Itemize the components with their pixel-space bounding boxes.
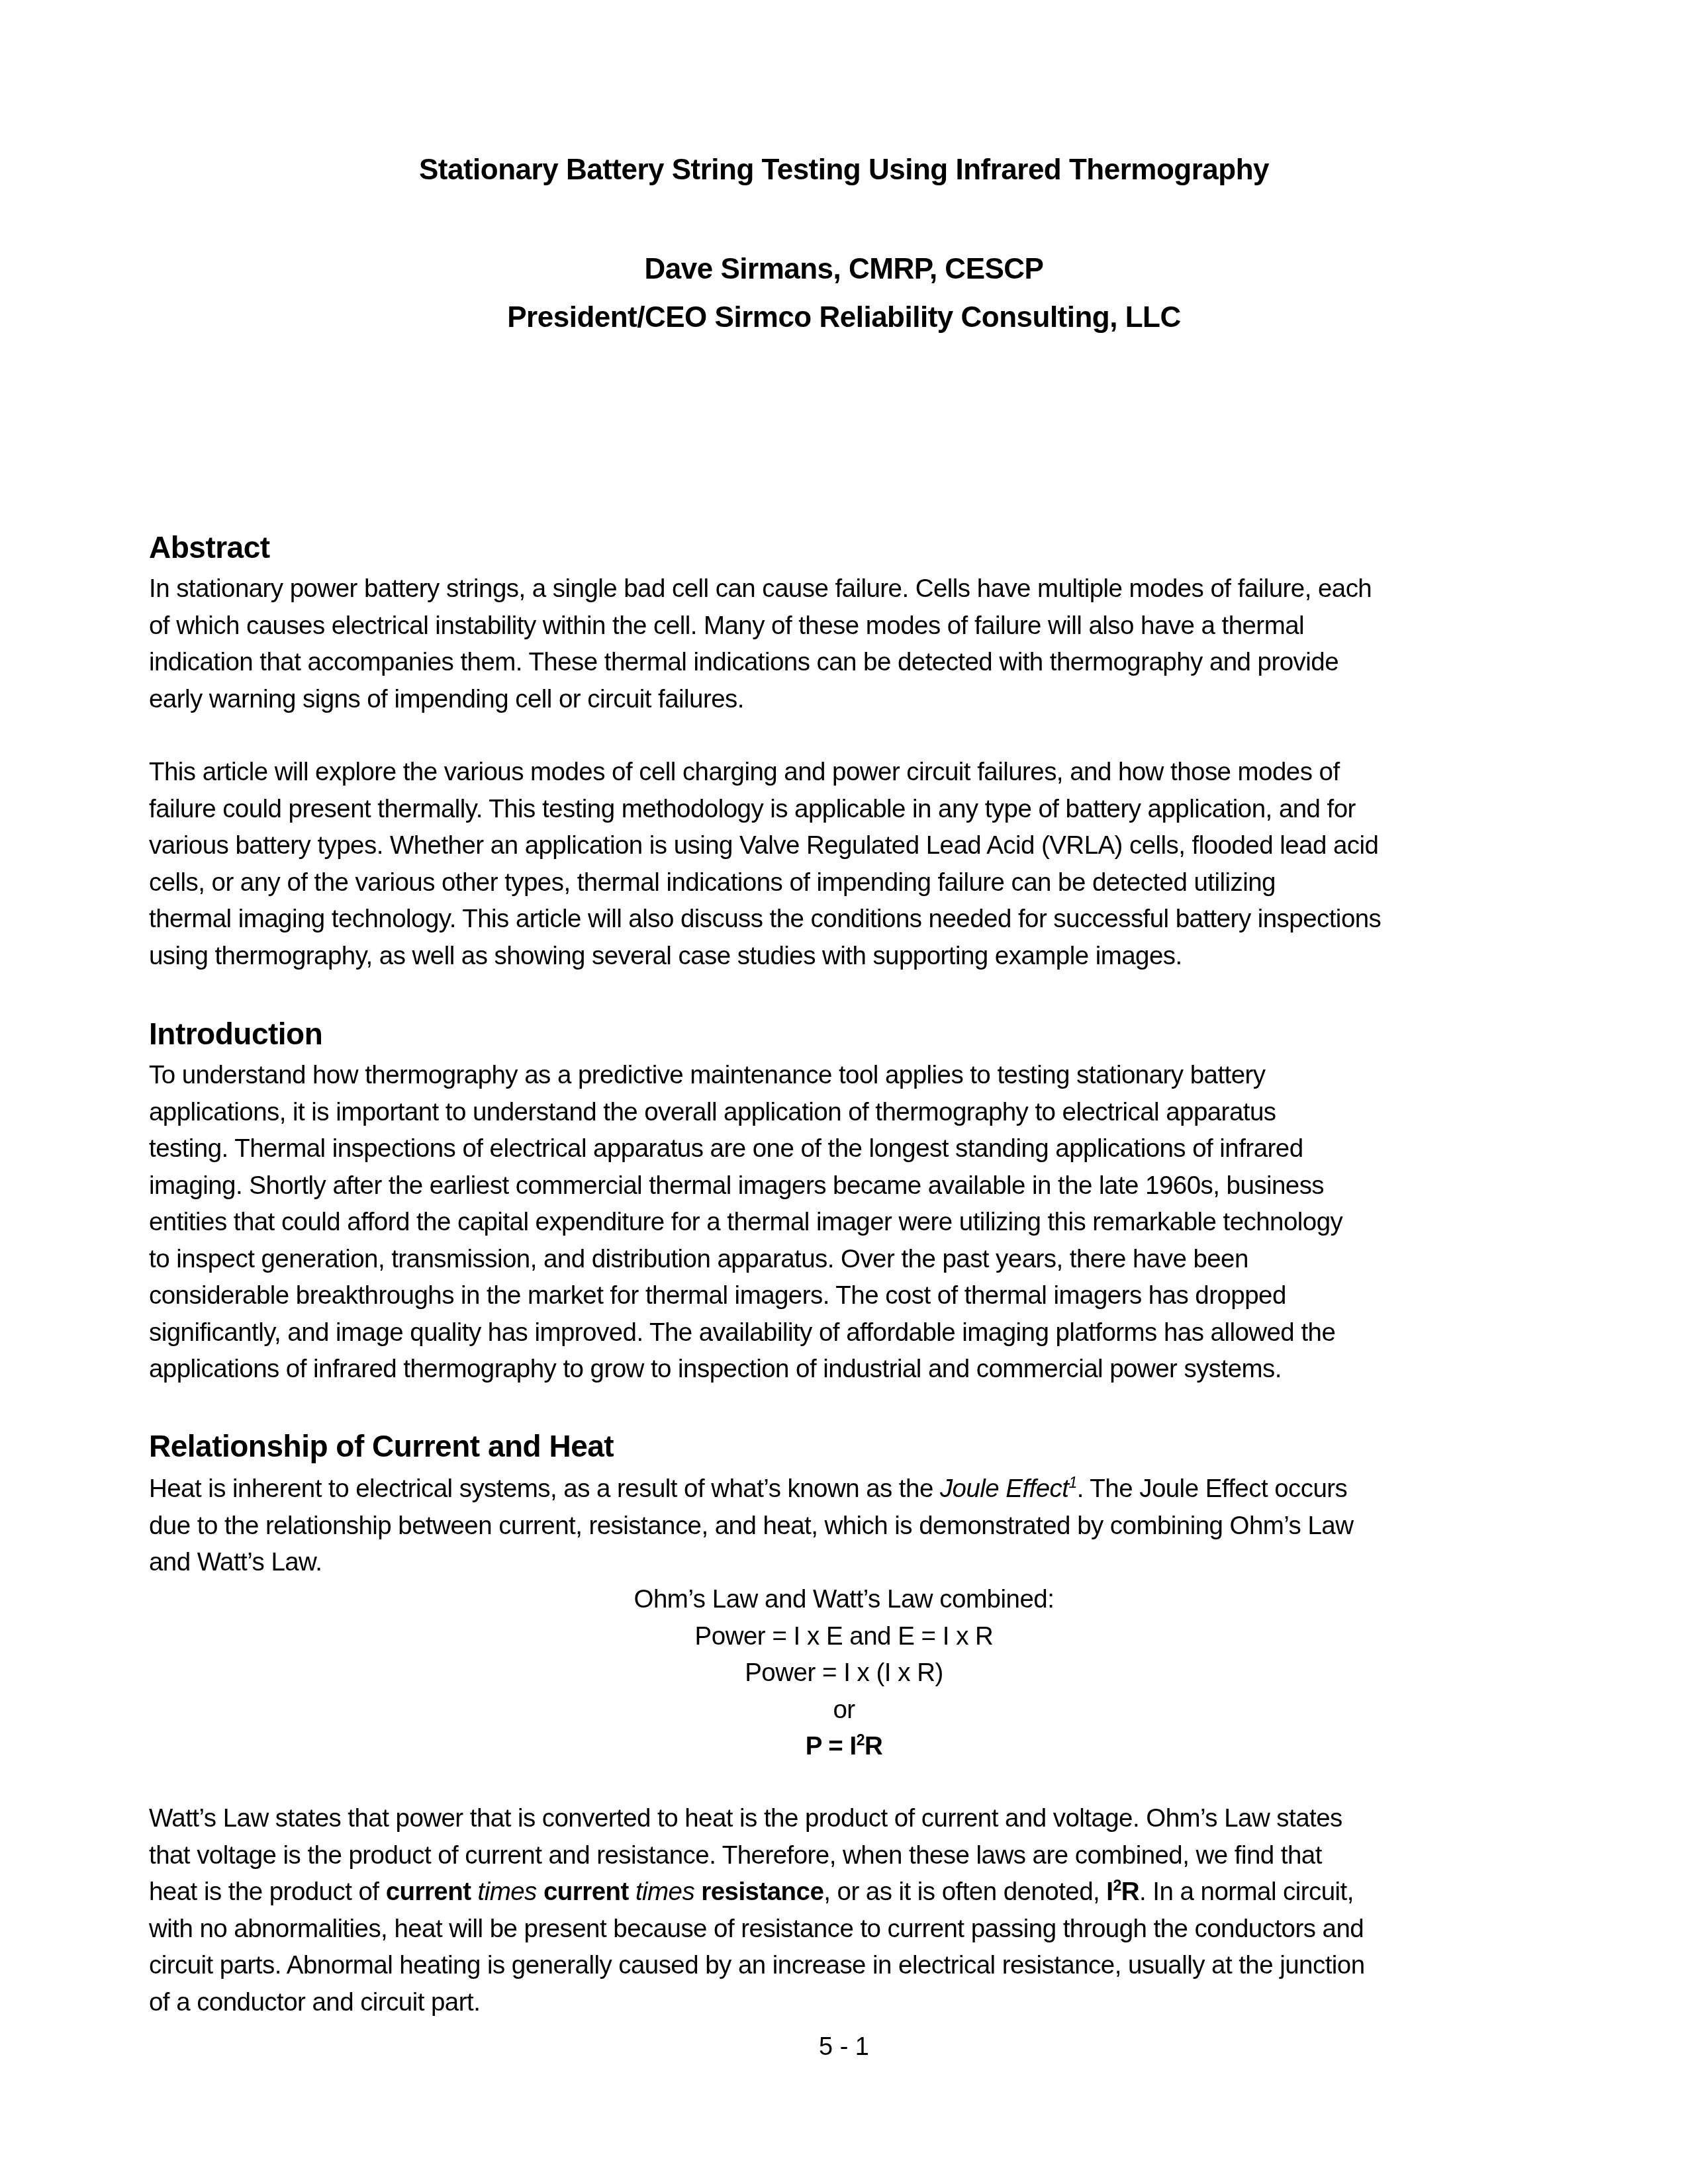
text-line: heat is the product of current times cur… (149, 1874, 1539, 1911)
text-line: to inspect generation, transmission, and… (149, 1241, 1539, 1278)
formula-block: Ohm’s Law and Watt’s Law combined: Power… (149, 1581, 1539, 1765)
text-span: current (386, 1878, 471, 1906)
text-span: 2 (1113, 1877, 1121, 1894)
text-span: . The Joule Effect occurs (1077, 1475, 1348, 1503)
abstract-heading: Abstract (149, 529, 270, 565)
text-line: entities that could afford the capital e… (149, 1204, 1539, 1241)
formula-caption: Ohm’s Law and Watt’s Law combined: (149, 1581, 1539, 1618)
author-affiliation: President/CEO Sirmco Reliability Consult… (149, 301, 1539, 334)
text-span: , or as it is often denoted, (823, 1878, 1106, 1906)
author-name: Dave Sirmans, CMRP, CESCP (149, 253, 1539, 286)
relationship-paragraph-1: Heat is inherent to electrical systems, … (149, 1471, 1539, 1581)
formula-line: or (149, 1692, 1539, 1729)
text-span: R (1121, 1878, 1139, 1906)
text-span: current (543, 1878, 629, 1906)
joule-effect-term: Joule Effect (940, 1475, 1069, 1503)
text-line: using thermography, as well as showing s… (149, 938, 1539, 975)
text-span: . In a normal circuit, (1139, 1878, 1354, 1906)
text-line: This article will explore the various mo… (149, 754, 1539, 791)
text-line: testing. Thermal inspections of electric… (149, 1130, 1539, 1167)
text-span: 2 (857, 1731, 865, 1749)
text-line: To understand how thermography as a pred… (149, 1057, 1539, 1094)
page-number: 5 - 1 (149, 2033, 1539, 2062)
formula-line: Power = I x E and E = I x R (149, 1618, 1539, 1655)
text-line: imaging. Shortly after the earliest comm… (149, 1167, 1539, 1205)
text-span: R (865, 1732, 882, 1760)
text-span: P = I (806, 1732, 857, 1760)
text-line: Watt’s Law states that power that is con… (149, 1800, 1539, 1837)
text-line: In stationary power battery strings, a s… (149, 570, 1539, 608)
text-line: failure could present thermally. This te… (149, 791, 1539, 828)
introduction-paragraph: To understand how thermography as a pred… (149, 1057, 1539, 1388)
text-line: applications of infrared thermography to… (149, 1351, 1539, 1388)
text-span: times (471, 1878, 543, 1906)
paper-title: Stationary Battery String Testing Using … (149, 154, 1539, 187)
text-line: circuit parts. Abnormal heating is gener… (149, 1947, 1539, 1984)
text-line: considerable breakthroughs in the market… (149, 1277, 1539, 1314)
text-span: times (629, 1878, 702, 1906)
relationship-heading: Relationship of Current and Heat (149, 1428, 614, 1464)
text-span: I (1106, 1878, 1113, 1906)
text-line: that voltage is the product of current a… (149, 1837, 1539, 1874)
text-line: significantly, and image quality has imp… (149, 1314, 1539, 1351)
text-line: early warning signs of impending cell or… (149, 681, 1539, 718)
text-line: and Watt’s Law. (149, 1544, 1539, 1581)
text-line: Heat is inherent to electrical systems, … (149, 1471, 1539, 1508)
text-line: indication that accompanies them. These … (149, 644, 1539, 681)
text-line: various battery types. Whether an applic… (149, 827, 1539, 864)
abstract-paragraph-2: This article will explore the various mo… (149, 754, 1539, 974)
text-line: thermal imaging technology. This article… (149, 901, 1539, 938)
text-span: Heat is inherent to electrical systems, … (149, 1475, 940, 1503)
text-line: due to the relationship between current,… (149, 1508, 1539, 1545)
text-line: with no abnormalities, heat will be pres… (149, 1911, 1539, 1948)
text-line: cells, or any of the various other types… (149, 864, 1539, 901)
text-span: heat is the product of (149, 1878, 386, 1906)
text-line: of which causes electrical instability w… (149, 608, 1539, 645)
text-line: of a conductor and circuit part. (149, 1984, 1539, 2021)
formula-line: Power = I x (I x R) (149, 1655, 1539, 1692)
footnote-ref[interactable]: 1 (1068, 1474, 1076, 1491)
introduction-heading: Introduction (149, 1016, 322, 1052)
relationship-paragraph-2: Watt’s Law states that power that is con… (149, 1800, 1539, 2021)
text-line: applications, it is important to underst… (149, 1094, 1539, 1131)
formula-final: P = I2R (149, 1728, 1539, 1765)
text-span: resistance (701, 1878, 823, 1906)
abstract-paragraph-1: In stationary power battery strings, a s… (149, 570, 1539, 717)
